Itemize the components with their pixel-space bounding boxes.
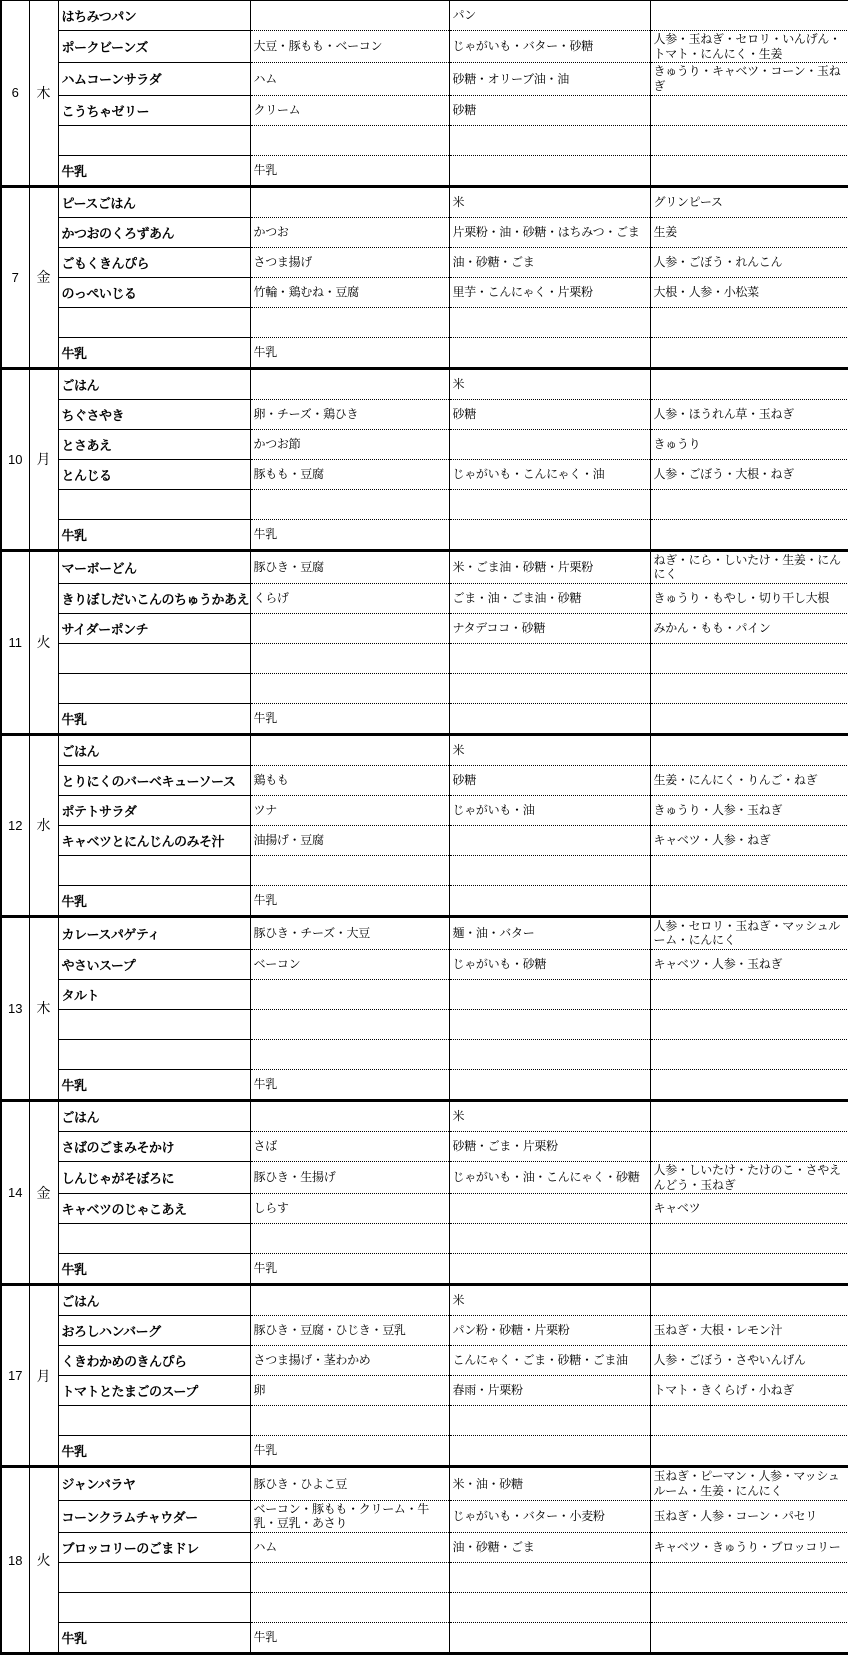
day-block-11: 11火マーボーどん豚ひき・豆腐米・ごま油・砂糖・片栗粉ねぎ・にら・しいたけ・生姜… bbox=[1, 550, 848, 734]
menu-row: さばのごまみそかけさば砂糖・ごま・片栗粉 bbox=[1, 1132, 848, 1162]
energy-ingredients-cell: パン bbox=[449, 1, 650, 31]
energy-ingredients-cell bbox=[449, 1010, 650, 1040]
energy-ingredients-cell: 米 bbox=[449, 368, 650, 399]
vegetable-ingredients-cell bbox=[650, 980, 848, 1010]
protein-ingredients-cell: かつお bbox=[250, 217, 449, 247]
vegetable-ingredients-cell bbox=[650, 1406, 848, 1436]
vegetable-ingredients-cell bbox=[650, 1101, 848, 1132]
protein-ingredients-cell: さば bbox=[250, 1132, 449, 1162]
vegetable-ingredients-cell: きゅうり・人参・玉ねぎ bbox=[650, 795, 848, 825]
energy-ingredients-cell bbox=[449, 643, 650, 673]
weekday-cell: 木 bbox=[29, 1, 58, 187]
dish-name-cell bbox=[58, 1224, 250, 1254]
dish-name-cell: さばのごまみそかけ bbox=[58, 1132, 250, 1162]
dish-name-cell: キャベツのじゃこあえ bbox=[58, 1194, 250, 1224]
dish-name-cell: ブロッコリーのごまドレ bbox=[58, 1532, 250, 1562]
protein-ingredients-cell: 牛乳 bbox=[250, 703, 449, 734]
milk-row: 牛乳牛乳 bbox=[1, 1622, 848, 1653]
protein-ingredients-cell: 鶏もも bbox=[250, 765, 449, 795]
protein-ingredients-cell: 豚ひき・豆腐 bbox=[250, 550, 449, 583]
vegetable-ingredients-cell: 玉ねぎ・大根・レモン汁 bbox=[650, 1316, 848, 1346]
protein-ingredients-cell: 牛乳 bbox=[250, 1436, 449, 1467]
dish-name-cell bbox=[58, 489, 250, 519]
menu-row: トマトとたまごのスープ卵春雨・片栗粉トマト・きくらげ・小ねぎ bbox=[1, 1376, 848, 1406]
dish-name-cell: ポテトサラダ bbox=[58, 795, 250, 825]
date-cell: 18 bbox=[1, 1467, 29, 1654]
dish-name-cell: ポークビーンズ bbox=[58, 31, 250, 63]
menu-row: ブロッコリーのごまドレハム油・砂糖・ごまキャベツ・きゅうり・ブロッコリー bbox=[1, 1532, 848, 1562]
protein-ingredients-cell: 牛乳 bbox=[250, 1254, 449, 1285]
energy-ingredients-cell: こんにゃく・ごま・砂糖・ごま油 bbox=[449, 1346, 650, 1376]
energy-ingredients-cell: 里芋・こんにゃく・片栗粉 bbox=[449, 277, 650, 307]
menu-row: 12水ごはん米 bbox=[1, 734, 848, 765]
menu-row: ポテトサラダツナじゃがいも・油きゅうり・人参・玉ねぎ bbox=[1, 795, 848, 825]
weekday-cell: 金 bbox=[29, 1101, 58, 1285]
vegetable-ingredients-cell bbox=[650, 643, 848, 673]
energy-ingredients-cell bbox=[449, 155, 650, 186]
dish-name-cell bbox=[58, 1010, 250, 1040]
menu-row: 17月ごはん米 bbox=[1, 1285, 848, 1316]
weekday-cell: 火 bbox=[29, 1467, 58, 1654]
protein-ingredients-cell: 豚ひき・生揚げ bbox=[250, 1162, 449, 1194]
menu-row: ちぐさやき卵・チーズ・鶏ひき砂糖人参・ほうれん草・玉ねぎ bbox=[1, 399, 848, 429]
protein-ingredients-cell: ハム bbox=[250, 1532, 449, 1562]
energy-ingredients-cell bbox=[449, 980, 650, 1010]
vegetable-ingredients-cell bbox=[650, 673, 848, 703]
menu-row: きりぼしだいこんのちゅうかあえくらげごま・油・ごま油・砂糖きゅうり・もやし・切り… bbox=[1, 583, 848, 613]
protein-ingredients-cell: さつま揚げ・茎わかめ bbox=[250, 1346, 449, 1376]
energy-ingredients-cell bbox=[449, 519, 650, 550]
dish-name-cell: のっぺいじる bbox=[58, 277, 250, 307]
weekday-cell: 水 bbox=[29, 734, 58, 916]
menu-row bbox=[1, 1562, 848, 1592]
dish-name-cell bbox=[58, 1040, 250, 1070]
dish-name-cell: 牛乳 bbox=[58, 519, 250, 550]
protein-ingredients-cell bbox=[250, 1562, 449, 1592]
menu-row: キャベツのじゃこあえしらすキャベツ bbox=[1, 1194, 848, 1224]
date-cell: 10 bbox=[1, 368, 29, 550]
protein-ingredients-cell: 豚ひき・チーズ・大豆 bbox=[250, 916, 449, 949]
dish-name-cell: 牛乳 bbox=[58, 703, 250, 734]
vegetable-ingredients-cell bbox=[650, 307, 848, 337]
protein-ingredients-cell: 大豆・豚もも・ベーコン bbox=[250, 31, 449, 63]
energy-ingredients-cell: 砂糖 bbox=[449, 399, 650, 429]
energy-ingredients-cell: じゃがいも・砂糖 bbox=[449, 950, 650, 980]
date-cell: 14 bbox=[1, 1101, 29, 1285]
protein-ingredients-cell bbox=[250, 307, 449, 337]
energy-ingredients-cell: 米 bbox=[449, 734, 650, 765]
vegetable-ingredients-cell: 人参・ごぼう・さやいんげん bbox=[650, 1346, 848, 1376]
milk-row: 牛乳牛乳 bbox=[1, 1254, 848, 1285]
energy-ingredients-cell: 麺・油・バター bbox=[449, 916, 650, 949]
vegetable-ingredients-cell bbox=[650, 1010, 848, 1040]
vegetable-ingredients-cell: トマト・きくらげ・小ねぎ bbox=[650, 1376, 848, 1406]
menu-row: 18火ジャンバラヤ豚ひき・ひよこ豆米・油・砂糖玉ねぎ・ピーマン・人参・マッシュル… bbox=[1, 1467, 848, 1500]
energy-ingredients-cell bbox=[449, 1406, 650, 1436]
energy-ingredients-cell bbox=[449, 1224, 650, 1254]
vegetable-ingredients-cell bbox=[650, 337, 848, 368]
energy-ingredients-cell: じゃがいも・こんにゃく・油 bbox=[449, 459, 650, 489]
dish-name-cell: かつおのくろずあん bbox=[58, 217, 250, 247]
protein-ingredients-cell bbox=[250, 1010, 449, 1040]
protein-ingredients-cell: ハム bbox=[250, 63, 449, 95]
menu-row bbox=[1, 1224, 848, 1254]
vegetable-ingredients-cell bbox=[650, 1592, 848, 1622]
menu-row: 14金ごはん米 bbox=[1, 1101, 848, 1132]
energy-ingredients-cell bbox=[449, 1622, 650, 1653]
menu-row: キャベツとにんじんのみそ汁油揚げ・豆腐キャベツ・人参・ねぎ bbox=[1, 825, 848, 855]
protein-ingredients-cell: ベーコン bbox=[250, 950, 449, 980]
dish-name-cell: 牛乳 bbox=[58, 1254, 250, 1285]
energy-ingredients-cell: 米 bbox=[449, 1101, 650, 1132]
milk-row: 牛乳牛乳 bbox=[1, 1436, 848, 1467]
protein-ingredients-cell bbox=[250, 1, 449, 31]
menu-row bbox=[1, 1592, 848, 1622]
energy-ingredients-cell: ごま・油・ごま油・砂糖 bbox=[449, 583, 650, 613]
energy-ingredients-cell: 砂糖・ごま・片栗粉 bbox=[449, 1132, 650, 1162]
energy-ingredients-cell: 油・砂糖・ごま bbox=[449, 247, 650, 277]
vegetable-ingredients-cell: きゅうり bbox=[650, 429, 848, 459]
vegetable-ingredients-cell: ねぎ・にら・しいたけ・生姜・にんにく bbox=[650, 550, 848, 583]
menu-table: 6木はちみつパンパンポークビーンズ大豆・豚もも・ベーコンじゃがいも・バター・砂糖… bbox=[0, 0, 848, 1655]
vegetable-ingredients-cell: きゅうり・キャベツ・コーン・玉ねぎ bbox=[650, 63, 848, 95]
energy-ingredients-cell bbox=[449, 1194, 650, 1224]
dish-name-cell bbox=[58, 1592, 250, 1622]
dish-name-cell: しんじゃがそぼろに bbox=[58, 1162, 250, 1194]
dish-name-cell: トマトとたまごのスープ bbox=[58, 1376, 250, 1406]
dish-name-cell: おろしハンバーグ bbox=[58, 1316, 250, 1346]
energy-ingredients-cell: 砂糖 bbox=[449, 765, 650, 795]
menu-row: 11火マーボーどん豚ひき・豆腐米・ごま油・砂糖・片栗粉ねぎ・にら・しいたけ・生姜… bbox=[1, 550, 848, 583]
protein-ingredients-cell bbox=[250, 1101, 449, 1132]
dish-name-cell: 牛乳 bbox=[58, 1622, 250, 1653]
energy-ingredients-cell bbox=[449, 489, 650, 519]
energy-ingredients-cell bbox=[449, 825, 650, 855]
dish-name-cell bbox=[58, 1406, 250, 1436]
menu-row: ポークビーンズ大豆・豚もも・ベーコンじゃがいも・バター・砂糖人参・玉ねぎ・セロリ… bbox=[1, 31, 848, 63]
dish-name-cell: ごはん bbox=[58, 368, 250, 399]
menu-row: こうちゃゼリークリーム砂糖 bbox=[1, 95, 848, 125]
protein-ingredients-cell: 豚ひき・ひよこ豆 bbox=[250, 1467, 449, 1500]
date-cell: 6 bbox=[1, 1, 29, 187]
weekday-cell: 火 bbox=[29, 550, 58, 734]
dish-name-cell: やさいスープ bbox=[58, 950, 250, 980]
energy-ingredients-cell bbox=[449, 337, 650, 368]
lunch-menu-sheet: 6木はちみつパンパンポークビーンズ大豆・豚もも・ベーコンじゃがいも・バター・砂糖… bbox=[0, 0, 848, 1655]
vegetable-ingredients-cell bbox=[650, 855, 848, 885]
energy-ingredients-cell: 米 bbox=[449, 186, 650, 217]
vegetable-ingredients-cell bbox=[650, 155, 848, 186]
energy-ingredients-cell bbox=[449, 125, 650, 155]
milk-row: 牛乳牛乳 bbox=[1, 155, 848, 186]
protein-ingredients-cell: 豚もも・豆腐 bbox=[250, 459, 449, 489]
protein-ingredients-cell bbox=[250, 980, 449, 1010]
vegetable-ingredients-cell bbox=[650, 734, 848, 765]
protein-ingredients-cell bbox=[250, 489, 449, 519]
dish-name-cell bbox=[58, 125, 250, 155]
energy-ingredients-cell bbox=[449, 1070, 650, 1101]
vegetable-ingredients-cell bbox=[650, 1224, 848, 1254]
day-block-12: 12水ごはん米とりにくのバーベキューソース鶏もも砂糖生姜・にんにく・りんご・ねぎ… bbox=[1, 734, 848, 916]
energy-ingredients-cell bbox=[449, 1592, 650, 1622]
protein-ingredients-cell: 豚ひき・豆腐・ひじき・豆乳 bbox=[250, 1316, 449, 1346]
dish-name-cell: 牛乳 bbox=[58, 337, 250, 368]
energy-ingredients-cell: じゃがいも・バター・小麦粉 bbox=[449, 1500, 650, 1532]
dish-name-cell: ちぐさやき bbox=[58, 399, 250, 429]
dish-name-cell: ごはん bbox=[58, 734, 250, 765]
milk-row: 牛乳牛乳 bbox=[1, 885, 848, 916]
dish-name-cell: ごはん bbox=[58, 1285, 250, 1316]
energy-ingredients-cell bbox=[449, 1562, 650, 1592]
energy-ingredients-cell bbox=[449, 885, 650, 916]
vegetable-ingredients-cell bbox=[650, 125, 848, 155]
vegetable-ingredients-cell: きゅうり・もやし・切り干し大根 bbox=[650, 583, 848, 613]
dish-name-cell: ジャンバラヤ bbox=[58, 1467, 250, 1500]
vegetable-ingredients-cell bbox=[650, 1040, 848, 1070]
protein-ingredients-cell: 牛乳 bbox=[250, 1070, 449, 1101]
milk-row: 牛乳牛乳 bbox=[1, 703, 848, 734]
menu-row bbox=[1, 673, 848, 703]
protein-ingredients-cell: さつま揚げ bbox=[250, 247, 449, 277]
dish-name-cell: とりにくのバーベキューソース bbox=[58, 765, 250, 795]
vegetable-ingredients-cell bbox=[650, 1070, 848, 1101]
menu-row: くきわかめのきんぴらさつま揚げ・茎わかめこんにゃく・ごま・砂糖・ごま油人参・ごぼ… bbox=[1, 1346, 848, 1376]
vegetable-ingredients-cell: キャベツ bbox=[650, 1194, 848, 1224]
dish-name-cell: カレースパゲティ bbox=[58, 916, 250, 949]
date-cell: 17 bbox=[1, 1285, 29, 1467]
day-block-7: 7金ピースごはん米グリンピースかつおのくろずあんかつお片栗粉・油・砂糖・はちみつ… bbox=[1, 186, 848, 368]
menu-row: タルト bbox=[1, 980, 848, 1010]
energy-ingredients-cell bbox=[449, 429, 650, 459]
date-cell: 13 bbox=[1, 916, 29, 1100]
vegetable-ingredients-cell: 生姜・にんにく・りんご・ねぎ bbox=[650, 765, 848, 795]
protein-ingredients-cell bbox=[250, 643, 449, 673]
menu-row bbox=[1, 643, 848, 673]
menu-row: とんじる豚もも・豆腐じゃがいも・こんにゃく・油人参・ごぼう・大根・ねぎ bbox=[1, 459, 848, 489]
vegetable-ingredients-cell: 人参・セロリ・玉ねぎ・マッシュルーム・にんにく bbox=[650, 916, 848, 949]
menu-row bbox=[1, 855, 848, 885]
dish-name-cell: ごはん bbox=[58, 1101, 250, 1132]
menu-row: しんじゃがそぼろに豚ひき・生揚げじゃがいも・油・こんにゃく・砂糖人参・しいたけ・… bbox=[1, 1162, 848, 1194]
energy-ingredients-cell bbox=[449, 1040, 650, 1070]
day-block-14: 14金ごはん米さばのごまみそかけさば砂糖・ごま・片栗粉しんじゃがそぼろに豚ひき・… bbox=[1, 1101, 848, 1285]
vegetable-ingredients-cell: みかん・もも・パイン bbox=[650, 613, 848, 643]
vegetable-ingredients-cell bbox=[650, 368, 848, 399]
vegetable-ingredients-cell: 人参・ごぼう・大根・ねぎ bbox=[650, 459, 848, 489]
menu-row: コーンクラムチャウダーベーコン・豚もも・クリーム・牛乳・豆乳・あさりじゃがいも・… bbox=[1, 1500, 848, 1532]
energy-ingredients-cell bbox=[449, 1254, 650, 1285]
vegetable-ingredients-cell: キャベツ・人参・玉ねぎ bbox=[650, 950, 848, 980]
dish-name-cell: とさあえ bbox=[58, 429, 250, 459]
menu-row: のっぺいじる竹輪・鶏むね・豆腐里芋・こんにゃく・片栗粉大根・人参・小松菜 bbox=[1, 277, 848, 307]
energy-ingredients-cell: パン粉・砂糖・片栗粉 bbox=[449, 1316, 650, 1346]
energy-ingredients-cell bbox=[449, 855, 650, 885]
dish-name-cell: 牛乳 bbox=[58, 1436, 250, 1467]
menu-row bbox=[1, 1010, 848, 1040]
dish-name-cell: とんじる bbox=[58, 459, 250, 489]
vegetable-ingredients-cell bbox=[650, 1436, 848, 1467]
menu-row: とりにくのバーベキューソース鶏もも砂糖生姜・にんにく・りんご・ねぎ bbox=[1, 765, 848, 795]
vegetable-ingredients-cell: 玉ねぎ・人参・コーン・パセリ bbox=[650, 1500, 848, 1532]
dish-name-cell bbox=[58, 1562, 250, 1592]
menu-row: おろしハンバーグ豚ひき・豆腐・ひじき・豆乳パン粉・砂糖・片栗粉玉ねぎ・大根・レモ… bbox=[1, 1316, 848, 1346]
protein-ingredients-cell bbox=[250, 186, 449, 217]
weekday-cell: 月 bbox=[29, 368, 58, 550]
menu-row: とさあえかつお節きゅうり bbox=[1, 429, 848, 459]
energy-ingredients-cell: ナタデココ・砂糖 bbox=[449, 613, 650, 643]
menu-row bbox=[1, 1040, 848, 1070]
energy-ingredients-cell: 油・砂糖・ごま bbox=[449, 1532, 650, 1562]
day-block-17: 17月ごはん米おろしハンバーグ豚ひき・豆腐・ひじき・豆乳パン粉・砂糖・片栗粉玉ね… bbox=[1, 1285, 848, 1467]
vegetable-ingredients-cell bbox=[650, 1622, 848, 1653]
protein-ingredients-cell: 竹輪・鶏むね・豆腐 bbox=[250, 277, 449, 307]
protein-ingredients-cell: 牛乳 bbox=[250, 885, 449, 916]
dish-name-cell: コーンクラムチャウダー bbox=[58, 1500, 250, 1532]
dish-name-cell: タルト bbox=[58, 980, 250, 1010]
weekday-cell: 木 bbox=[29, 916, 58, 1100]
vegetable-ingredients-cell: 人参・ごぼう・れんこん bbox=[650, 247, 848, 277]
menu-row bbox=[1, 125, 848, 155]
protein-ingredients-cell: 牛乳 bbox=[250, 155, 449, 186]
protein-ingredients-cell: 油揚げ・豆腐 bbox=[250, 825, 449, 855]
weekday-cell: 金 bbox=[29, 186, 58, 368]
energy-ingredients-cell: 春雨・片栗粉 bbox=[449, 1376, 650, 1406]
vegetable-ingredients-cell: 生姜 bbox=[650, 217, 848, 247]
protein-ingredients-cell: 卵・チーズ・鶏ひき bbox=[250, 399, 449, 429]
protein-ingredients-cell bbox=[250, 613, 449, 643]
protein-ingredients-cell: しらす bbox=[250, 1194, 449, 1224]
dish-name-cell: くきわかめのきんぴら bbox=[58, 1346, 250, 1376]
energy-ingredients-cell: 米 bbox=[449, 1285, 650, 1316]
menu-row: かつおのくろずあんかつお片栗粉・油・砂糖・はちみつ・ごま生姜 bbox=[1, 217, 848, 247]
day-block-18: 18火ジャンバラヤ豚ひき・ひよこ豆米・油・砂糖玉ねぎ・ピーマン・人参・マッシュル… bbox=[1, 1467, 848, 1654]
day-block-6: 6木はちみつパンパンポークビーンズ大豆・豚もも・ベーコンじゃがいも・バター・砂糖… bbox=[1, 1, 848, 187]
vegetable-ingredients-cell: 大根・人参・小松菜 bbox=[650, 277, 848, 307]
protein-ingredients-cell bbox=[250, 1040, 449, 1070]
dish-name-cell bbox=[58, 643, 250, 673]
vegetable-ingredients-cell bbox=[650, 885, 848, 916]
energy-ingredients-cell: 片栗粉・油・砂糖・はちみつ・ごま bbox=[449, 217, 650, 247]
day-block-10: 10月ごはん米ちぐさやき卵・チーズ・鶏ひき砂糖人参・ほうれん草・玉ねぎとさあえか… bbox=[1, 368, 848, 550]
vegetable-ingredients-cell: キャベツ・人参・ねぎ bbox=[650, 825, 848, 855]
protein-ingredients-cell bbox=[250, 1592, 449, 1622]
dish-name-cell: マーボーどん bbox=[58, 550, 250, 583]
menu-row: ハムコーンサラダハム砂糖・オリーブ油・油きゅうり・キャベツ・コーン・玉ねぎ bbox=[1, 63, 848, 95]
dish-name-cell: ピースごはん bbox=[58, 186, 250, 217]
vegetable-ingredients-cell bbox=[650, 1132, 848, 1162]
vegetable-ingredients-cell: キャベツ・きゅうり・ブロッコリー bbox=[650, 1532, 848, 1562]
dish-name-cell bbox=[58, 307, 250, 337]
protein-ingredients-cell bbox=[250, 734, 449, 765]
dish-name-cell: キャベツとにんじんのみそ汁 bbox=[58, 825, 250, 855]
vegetable-ingredients-cell bbox=[650, 1562, 848, 1592]
date-cell: 11 bbox=[1, 550, 29, 734]
vegetable-ingredients-cell bbox=[650, 95, 848, 125]
dish-name-cell: ハムコーンサラダ bbox=[58, 63, 250, 95]
vegetable-ingredients-cell: グリンピース bbox=[650, 186, 848, 217]
vegetable-ingredients-cell bbox=[650, 489, 848, 519]
menu-row: 6木はちみつパンパン bbox=[1, 1, 848, 31]
protein-ingredients-cell bbox=[250, 125, 449, 155]
weekday-cell: 月 bbox=[29, 1285, 58, 1467]
vegetable-ingredients-cell: 人参・玉ねぎ・セロリ・いんげん・トマト・にんにく・生姜 bbox=[650, 31, 848, 63]
dish-name-cell: きりぼしだいこんのちゅうかあえ bbox=[58, 583, 250, 613]
vegetable-ingredients-cell bbox=[650, 519, 848, 550]
energy-ingredients-cell: 砂糖・オリーブ油・油 bbox=[449, 63, 650, 95]
menu-row: サイダーポンチナタデココ・砂糖みかん・もも・パイン bbox=[1, 613, 848, 643]
date-cell: 7 bbox=[1, 186, 29, 368]
protein-ingredients-cell bbox=[250, 368, 449, 399]
menu-row: 13木カレースパゲティ豚ひき・チーズ・大豆麺・油・バター人参・セロリ・玉ねぎ・マ… bbox=[1, 916, 848, 949]
protein-ingredients-cell bbox=[250, 855, 449, 885]
energy-ingredients-cell bbox=[449, 673, 650, 703]
dish-name-cell: ごもくきんぴら bbox=[58, 247, 250, 277]
milk-row: 牛乳牛乳 bbox=[1, 519, 848, 550]
menu-row bbox=[1, 1406, 848, 1436]
menu-row: やさいスープベーコンじゃがいも・砂糖キャベツ・人参・玉ねぎ bbox=[1, 950, 848, 980]
energy-ingredients-cell: じゃがいも・バター・砂糖 bbox=[449, 31, 650, 63]
vegetable-ingredients-cell bbox=[650, 1, 848, 31]
milk-row: 牛乳牛乳 bbox=[1, 1070, 848, 1101]
dish-name-cell: 牛乳 bbox=[58, 155, 250, 186]
vegetable-ingredients-cell bbox=[650, 703, 848, 734]
protein-ingredients-cell: かつお節 bbox=[250, 429, 449, 459]
protein-ingredients-cell bbox=[250, 1406, 449, 1436]
protein-ingredients-cell: くらげ bbox=[250, 583, 449, 613]
energy-ingredients-cell bbox=[449, 703, 650, 734]
dish-name-cell bbox=[58, 673, 250, 703]
dish-name-cell bbox=[58, 855, 250, 885]
protein-ingredients-cell: ベーコン・豚もも・クリーム・牛乳・豆乳・あさり bbox=[250, 1500, 449, 1532]
energy-ingredients-cell: じゃがいも・油・こんにゃく・砂糖 bbox=[449, 1162, 650, 1194]
date-cell: 12 bbox=[1, 734, 29, 916]
energy-ingredients-cell bbox=[449, 1436, 650, 1467]
menu-row: ごもくきんぴらさつま揚げ油・砂糖・ごま人参・ごぼう・れんこん bbox=[1, 247, 848, 277]
energy-ingredients-cell: じゃがいも・油 bbox=[449, 795, 650, 825]
protein-ingredients-cell: 卵 bbox=[250, 1376, 449, 1406]
dish-name-cell: はちみつパン bbox=[58, 1, 250, 31]
dish-name-cell: こうちゃゼリー bbox=[58, 95, 250, 125]
protein-ingredients-cell: クリーム bbox=[250, 95, 449, 125]
dish-name-cell: 牛乳 bbox=[58, 1070, 250, 1101]
vegetable-ingredients-cell: 玉ねぎ・ピーマン・人参・マッシュルーム・生姜・にんにく bbox=[650, 1467, 848, 1500]
menu-row bbox=[1, 489, 848, 519]
protein-ingredients-cell: ツナ bbox=[250, 795, 449, 825]
dish-name-cell: サイダーポンチ bbox=[58, 613, 250, 643]
menu-row: 10月ごはん米 bbox=[1, 368, 848, 399]
vegetable-ingredients-cell: 人参・しいたけ・たけのこ・さやえんどう・玉ねぎ bbox=[650, 1162, 848, 1194]
energy-ingredients-cell: 砂糖 bbox=[449, 95, 650, 125]
menu-row: 7金ピースごはん米グリンピース bbox=[1, 186, 848, 217]
milk-row: 牛乳牛乳 bbox=[1, 337, 848, 368]
protein-ingredients-cell: 牛乳 bbox=[250, 1622, 449, 1653]
vegetable-ingredients-cell: 人参・ほうれん草・玉ねぎ bbox=[650, 399, 848, 429]
protein-ingredients-cell: 牛乳 bbox=[250, 519, 449, 550]
protein-ingredients-cell bbox=[250, 673, 449, 703]
vegetable-ingredients-cell bbox=[650, 1285, 848, 1316]
day-block-13: 13木カレースパゲティ豚ひき・チーズ・大豆麺・油・バター人参・セロリ・玉ねぎ・マ… bbox=[1, 916, 848, 1100]
menu-row bbox=[1, 307, 848, 337]
dish-name-cell: 牛乳 bbox=[58, 885, 250, 916]
energy-ingredients-cell: 米・ごま油・砂糖・片栗粉 bbox=[449, 550, 650, 583]
protein-ingredients-cell bbox=[250, 1224, 449, 1254]
energy-ingredients-cell bbox=[449, 307, 650, 337]
vegetable-ingredients-cell bbox=[650, 1254, 848, 1285]
energy-ingredients-cell: 米・油・砂糖 bbox=[449, 1467, 650, 1500]
protein-ingredients-cell bbox=[250, 1285, 449, 1316]
protein-ingredients-cell: 牛乳 bbox=[250, 337, 449, 368]
